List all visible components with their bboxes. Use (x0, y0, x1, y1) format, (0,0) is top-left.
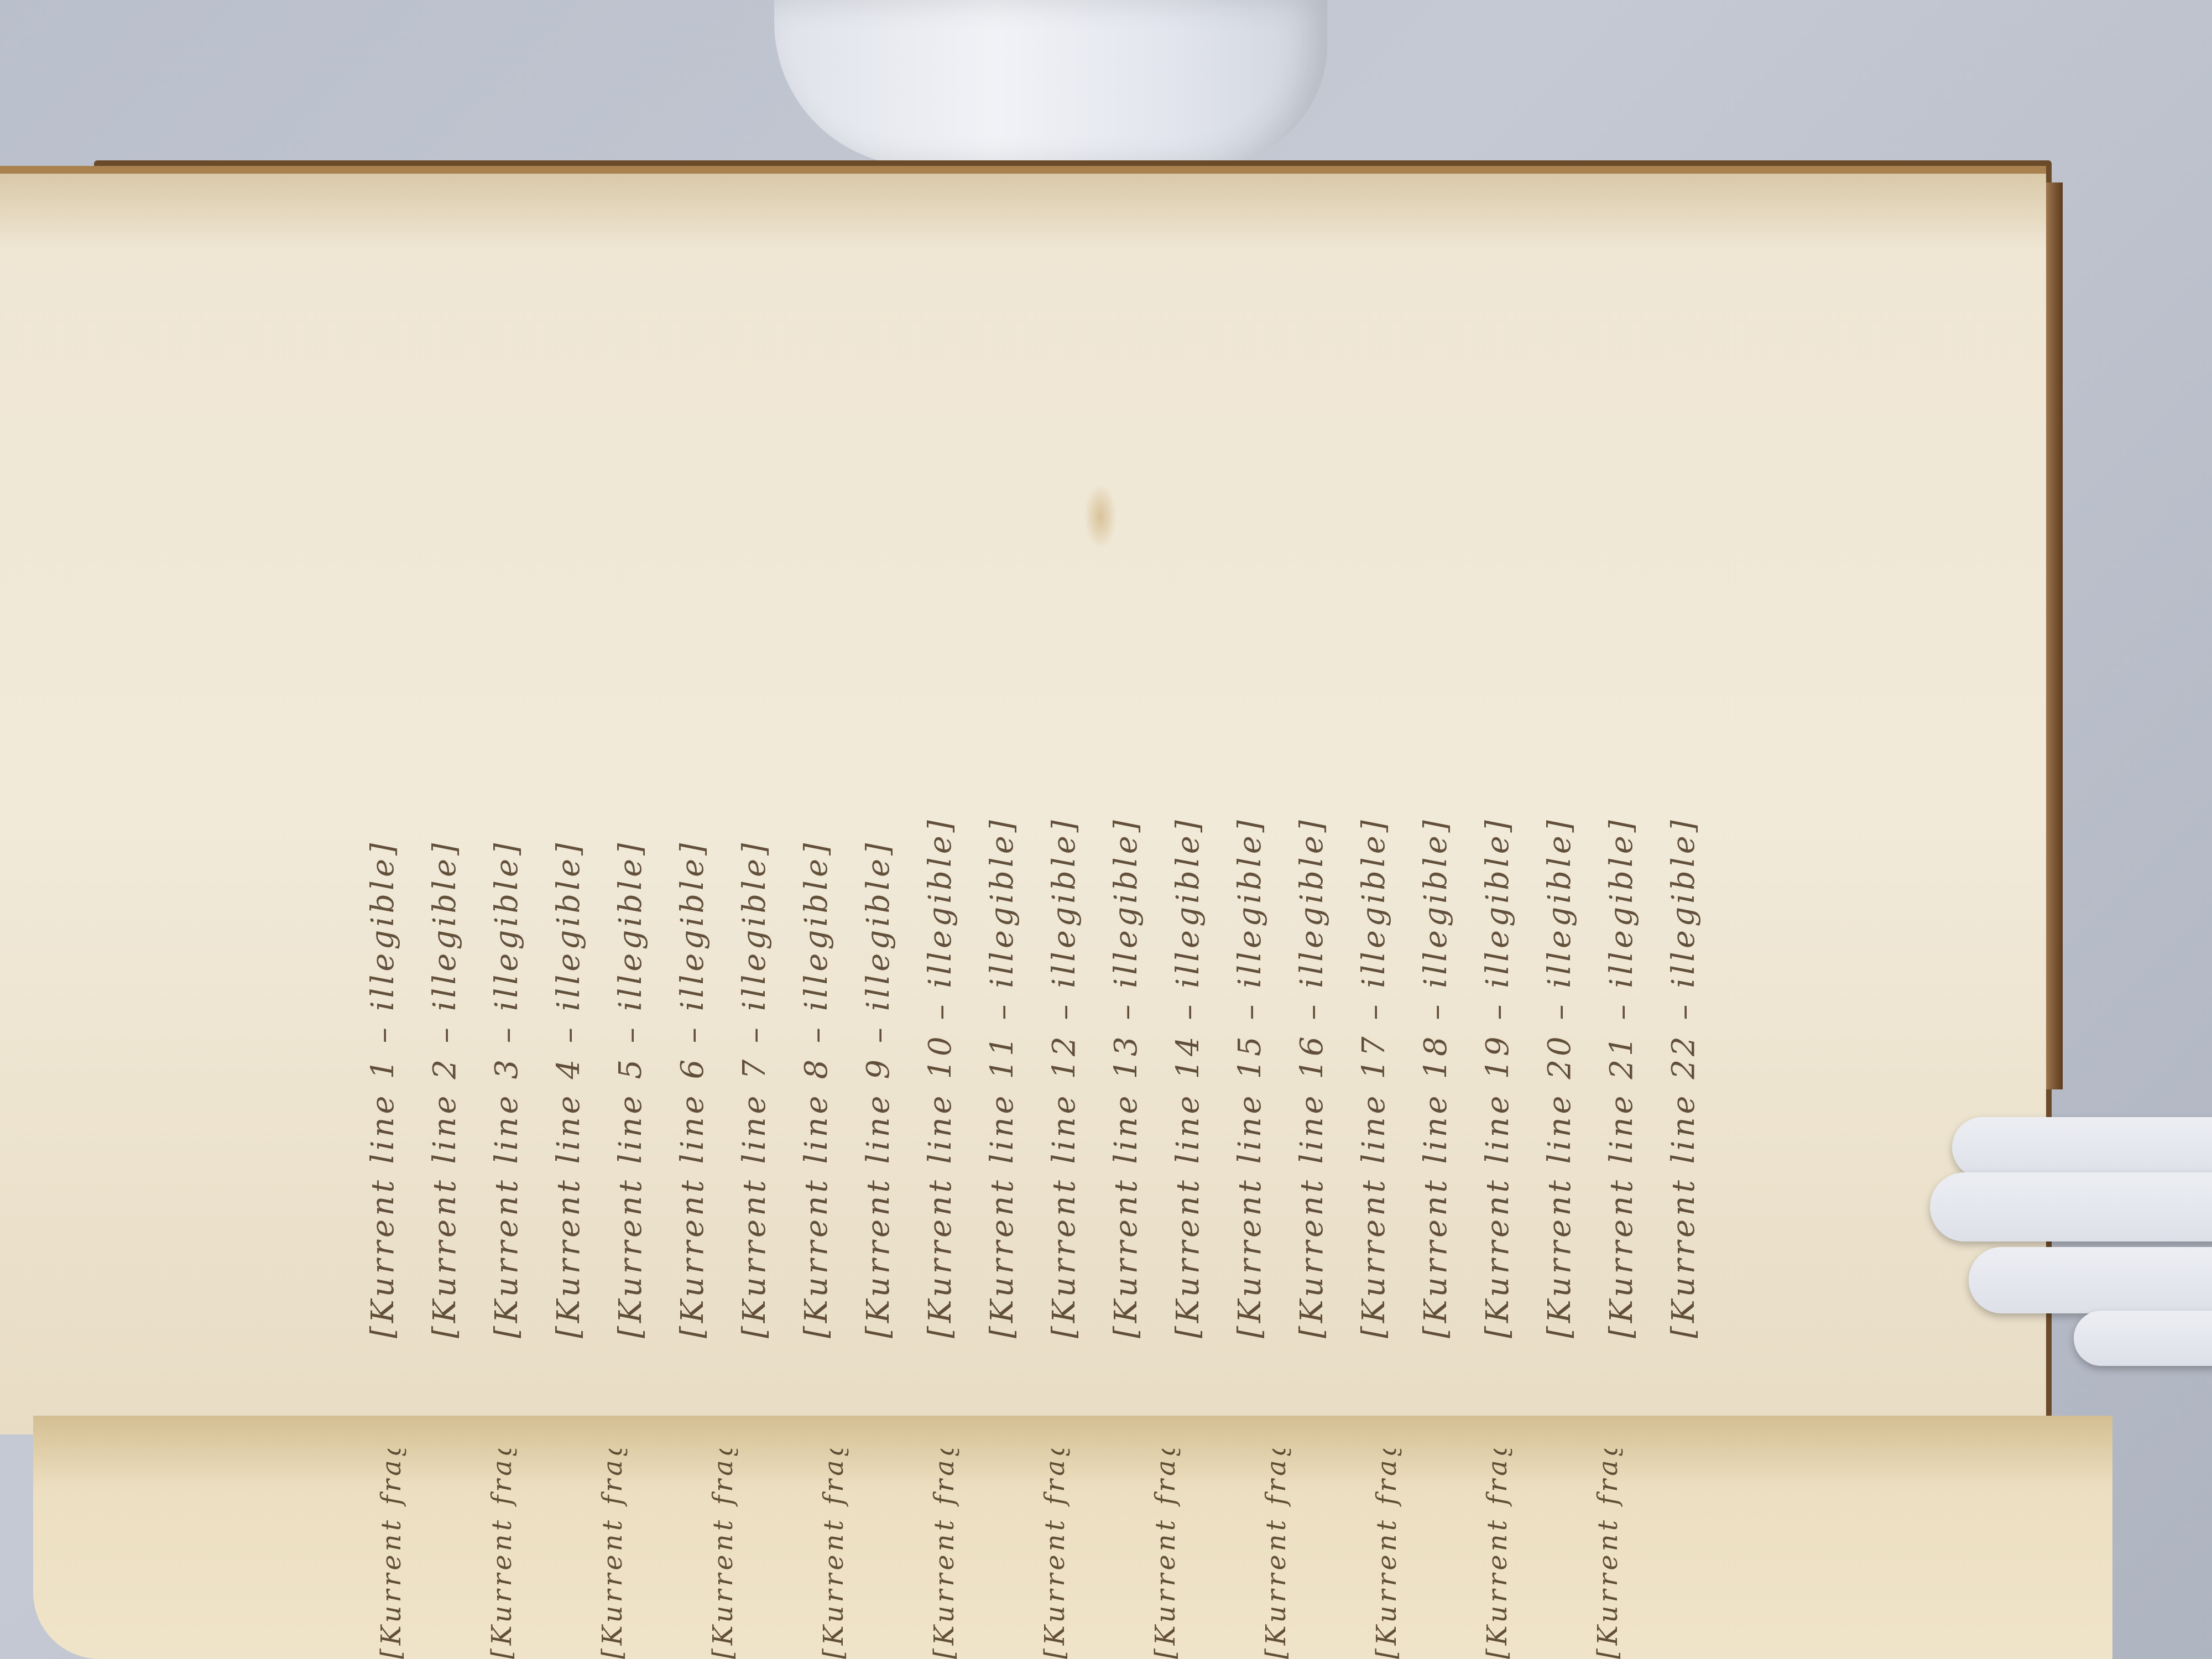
manuscript-line: [Kurrent line 20 – illegible] (1542, 232, 1580, 1338)
manuscript-line: [Kurrent line 6 – illegible] (675, 232, 713, 1338)
glove-finger (2074, 1311, 2212, 1366)
manuscript-line: [Kurrent line 11 – illegible] (984, 232, 1023, 1338)
manuscript-line: [Kurrent line 15 – illegible] (1232, 232, 1271, 1338)
manuscript-text-block: [Kurrent line 1 – illegible][Kurrent lin… (365, 232, 1736, 1338)
manuscript-line: [Kurrent line 8 – illegible] (799, 232, 837, 1338)
glove-finger (1952, 1117, 2212, 1178)
white-glove-right (1908, 1084, 2212, 1659)
manuscript-line: [Kurrent line 21 – illegible] (1604, 232, 1642, 1338)
manuscript-line: [Kurrent line 12 – illegible] (1046, 232, 1085, 1338)
facing-page-line: [Kurrent fragment 4] (708, 1449, 741, 1659)
facing-page-line: [Kurrent fragment 11] (1482, 1449, 1515, 1659)
facing-page-line: [Kurrent fragment 6] (929, 1449, 962, 1659)
manuscript-line: [Kurrent line 3 – illegible] (489, 232, 528, 1338)
facing-page-line: [Kurrent fragment 5] (818, 1449, 852, 1659)
glove-finger (1969, 1247, 2212, 1313)
manuscript-line: [Kurrent line 10 – illegible] (922, 232, 961, 1338)
manuscript-line: [Kurrent line 4 – illegible] (551, 232, 589, 1338)
manuscript-line: [Kurrent line 7 – illegible] (737, 232, 775, 1338)
facing-page-line: [Kurrent fragment 8] (1150, 1449, 1183, 1659)
facing-page-line: [Kurrent fragment 3] (597, 1449, 630, 1659)
manuscript-line: [Kurrent line 13 – illegible] (1108, 232, 1147, 1338)
facing-page-line: [Kurrent fragment 10] (1371, 1449, 1405, 1659)
manuscript-line: [Kurrent line 5 – illegible] (613, 232, 651, 1338)
facing-page-line: [Kurrent fragment 2] (487, 1449, 520, 1659)
facing-page-line: [Kurrent fragment 12] (1593, 1449, 1626, 1659)
manuscript-line: [Kurrent line 1 – illegible] (365, 232, 404, 1338)
manuscript-line: [Kurrent line 2 – illegible] (427, 232, 466, 1338)
facing-page-line: [Kurrent fragment 9] (1261, 1449, 1294, 1659)
facing-page-line: [Kurrent fragment 7] (1040, 1449, 1073, 1659)
manuscript-line: [Kurrent line 16 – illegible] (1294, 232, 1333, 1338)
manuscript-line: [Kurrent line 22 – illegible] (1666, 232, 1704, 1338)
facing-page-text: [Kurrent fragment 1][Kurrent fragment 2]… (376, 1449, 1759, 1659)
manuscript-line: [Kurrent line 17 – illegible] (1356, 232, 1395, 1338)
facing-page-line: [Kurrent fragment 1] (376, 1449, 409, 1659)
manuscript-line: [Kurrent line 14 – illegible] (1170, 232, 1209, 1338)
manuscript-line: [Kurrent line 18 – illegible] (1418, 232, 1457, 1338)
white-glove-top (774, 0, 1327, 166)
glove-finger (1930, 1172, 2212, 1241)
manuscript-line: [Kurrent line 9 – illegible] (860, 232, 899, 1338)
manuscript-line: [Kurrent line 19 – illegible] (1480, 232, 1519, 1338)
